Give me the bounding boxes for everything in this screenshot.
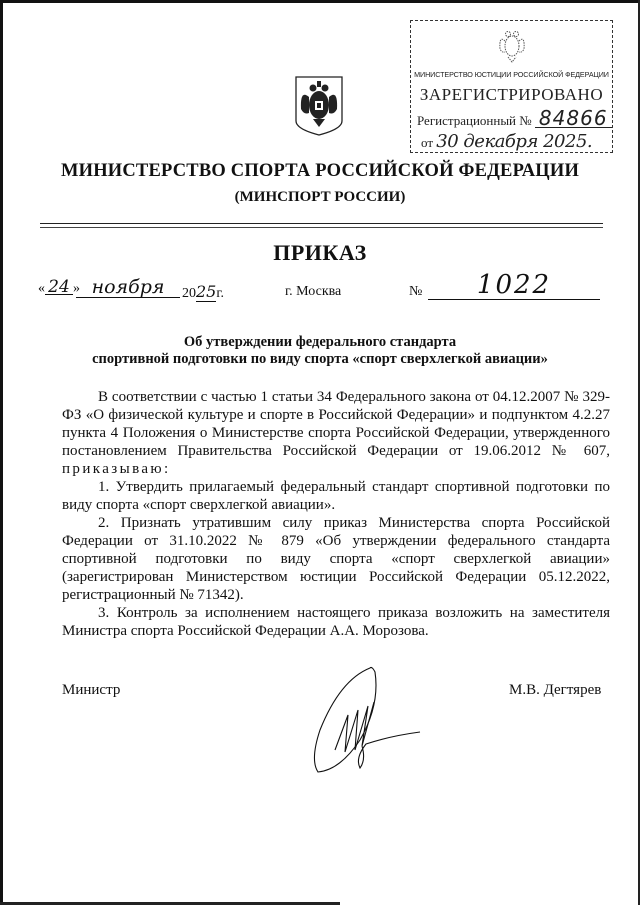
stamp-ministry-name: МИНИСТЕРСТВО ЮСТИЦИИ РОССИЙСКОЙ ФЕДЕРАЦИ… [411,70,612,79]
year-suffix: 25 [196,282,216,302]
order-subject: Об утверждении федерального стандарта сп… [0,334,640,368]
preamble-paragraph: В соответствии с частью 1 статьи 34 Феде… [62,388,610,478]
signature-block: Министр М.В. Дегтярев [0,670,640,780]
ministry-title: МИНИСТЕРСТВО СПОРТА РОССИЙСКОЙ ФЕДЕРАЦИИ [0,161,640,182]
order-item-3: 3. Контроль за исполнением настоящего пр… [62,604,610,640]
order-city: г. Москва [285,284,341,300]
subject-line-2: спортивной подготовки по виду спорта «сп… [0,351,640,368]
stamp-registration-line: Регистрационный № 84866 [417,109,607,129]
order-number-label: № [409,284,422,300]
preamble-text: В соответствии с частью 1 статьи 34 Феде… [62,389,610,459]
year-prefix: 20 [182,286,196,301]
stamp-reg-label: Регистрационный № [417,113,532,128]
order-word: приказываю: [62,461,171,477]
order-year: 2025г. [182,282,224,302]
signer-title: Министр [62,682,120,699]
subject-line-1: Об утверждении федерального стандарта [0,334,640,351]
order-month: ноября [76,278,180,298]
stamp-date: 30 декабря 2025. [436,131,592,152]
quote-open: « [38,281,45,296]
order-body: В соответствии с частью 1 статьи 34 Феде… [62,388,610,640]
document-type-title: ПРИКАЗ [0,240,640,266]
year-unit: г. [216,286,224,301]
header-divider-secondary [40,227,603,228]
handwritten-signature-icon [300,660,430,780]
stamp-coat-of-arms-icon [497,27,527,63]
order-date-row: «24» ноября 2025г. г. Москва № 1022 [0,272,640,304]
scan-border-top [0,0,640,3]
order-item-1: 1. Утвердить прилагаемый федеральный ста… [62,478,610,514]
order-item-2: 2. Признать утратившим силу приказ Минис… [62,514,610,604]
order-day-value: 24 [45,280,73,295]
registration-stamp: МИНИСТЕРСТВО ЮСТИЦИИ РОССИЙСКОЙ ФЕДЕРАЦИ… [410,20,613,153]
coat-of-arms-icon [294,75,344,137]
stamp-date-line: от 30 декабря 2025. [421,131,611,152]
stamp-status: ЗАРЕГИСТРИРОВАНО [411,85,612,105]
order-number: 1022 [428,272,600,300]
ministry-short-name: (МИНСПОРТ РОССИИ) [0,189,640,206]
stamp-date-prefix: от [421,135,433,150]
signer-name: М.В. Дегтярев [509,682,601,699]
order-day: «24» [38,280,80,297]
header-divider [40,223,603,224]
stamp-reg-number: 84866 [535,109,612,128]
